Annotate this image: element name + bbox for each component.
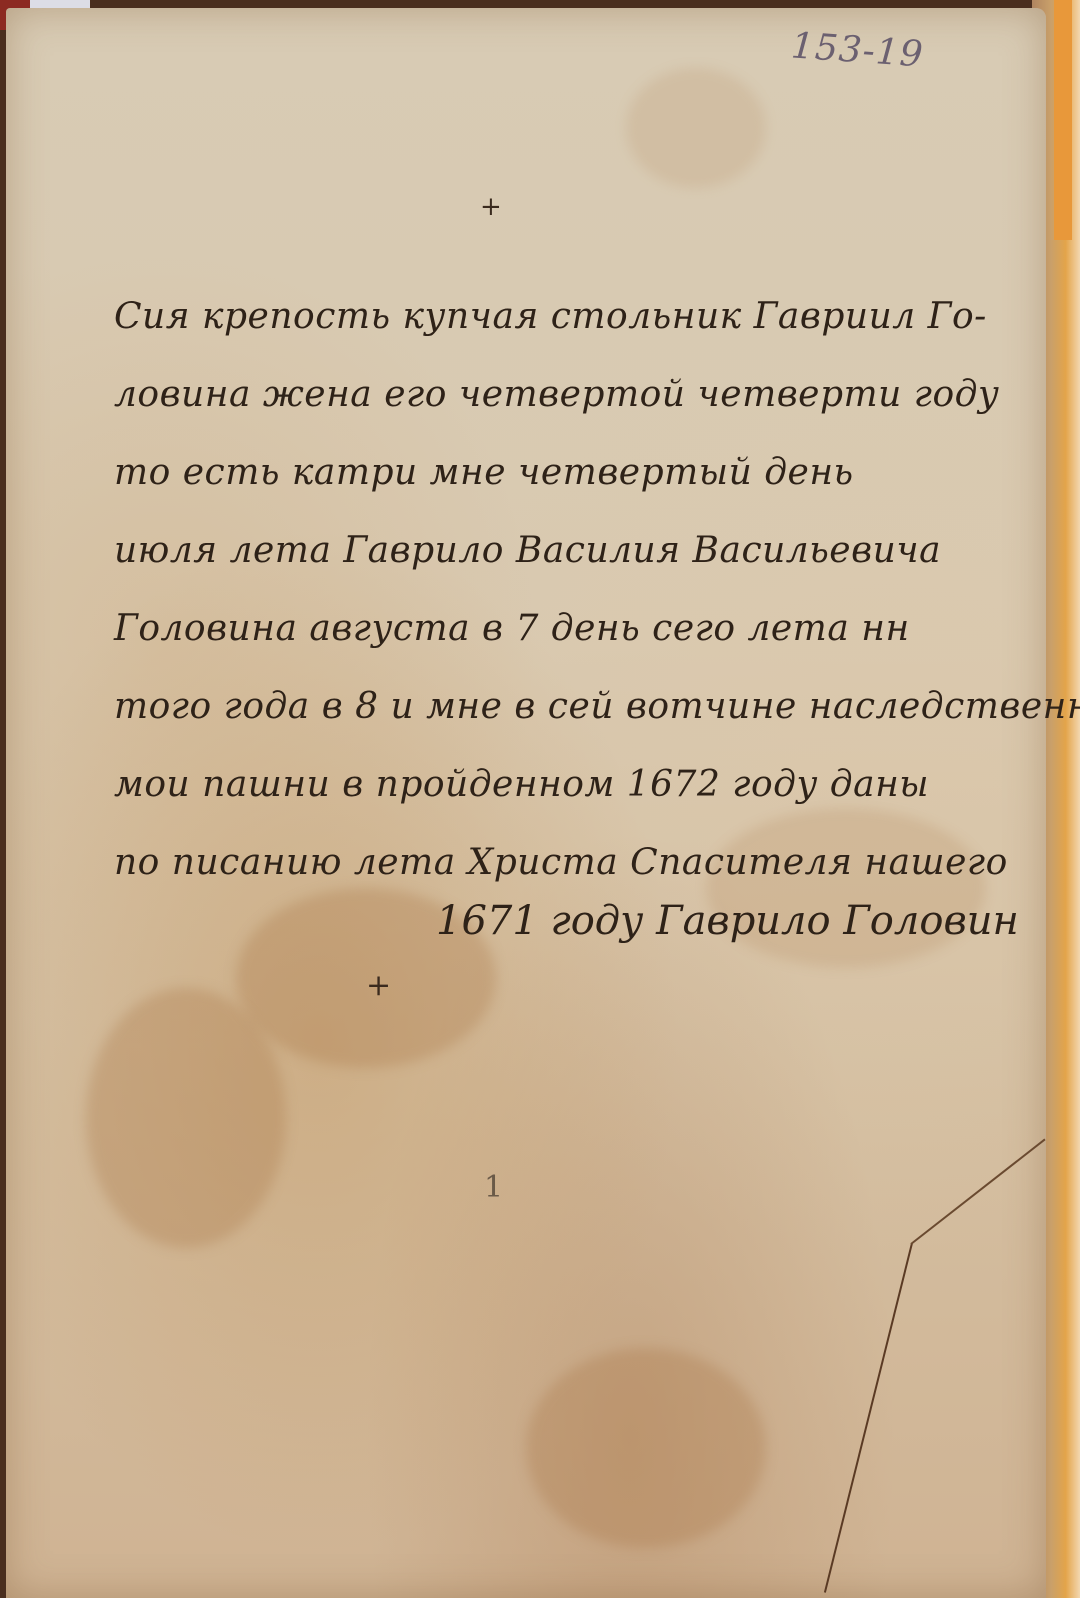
cross-mark: + — [480, 192, 502, 222]
page-fold — [824, 1243, 913, 1593]
binding-strip — [1054, 0, 1072, 240]
archive-number: 153-19 — [790, 25, 925, 75]
text-line: июля лета Гаврило Василия Васильевича — [114, 512, 1014, 590]
folio-number: 1 — [484, 1170, 503, 1205]
text-line: мои пашни в пройденном 1672 году даны — [114, 746, 1014, 824]
water-stain — [626, 68, 766, 188]
text-line: по писанию лета Христа Спасителя нашего — [114, 824, 1014, 902]
cross-mark: + — [366, 968, 391, 1003]
manuscript-photo: 153-19 + Сия крепость купчая стольник Га… — [0, 0, 1080, 1598]
text-line: ловина жена его четвертой четверти году — [114, 356, 1014, 434]
manuscript-text: Сия крепость купчая стольник Гавриил Го-… — [114, 278, 1014, 902]
water-stain — [86, 988, 286, 1248]
signature: 1671 году Гаврило Головин — [436, 898, 1019, 944]
text-line: то есть катри мне четвертый день — [114, 434, 1014, 512]
text-line: Головина августа в 7 день сего лета нн — [114, 590, 1014, 668]
manuscript-page: 153-19 + Сия крепость купчая стольник Га… — [6, 8, 1046, 1598]
water-stain — [526, 1348, 766, 1548]
text-line: того года в 8 и мне в сей вотчине наслед… — [114, 668, 1014, 746]
text-line: Сия крепость купчая стольник Гавриил Го- — [114, 278, 1014, 356]
page-fold — [910, 1139, 1045, 1245]
